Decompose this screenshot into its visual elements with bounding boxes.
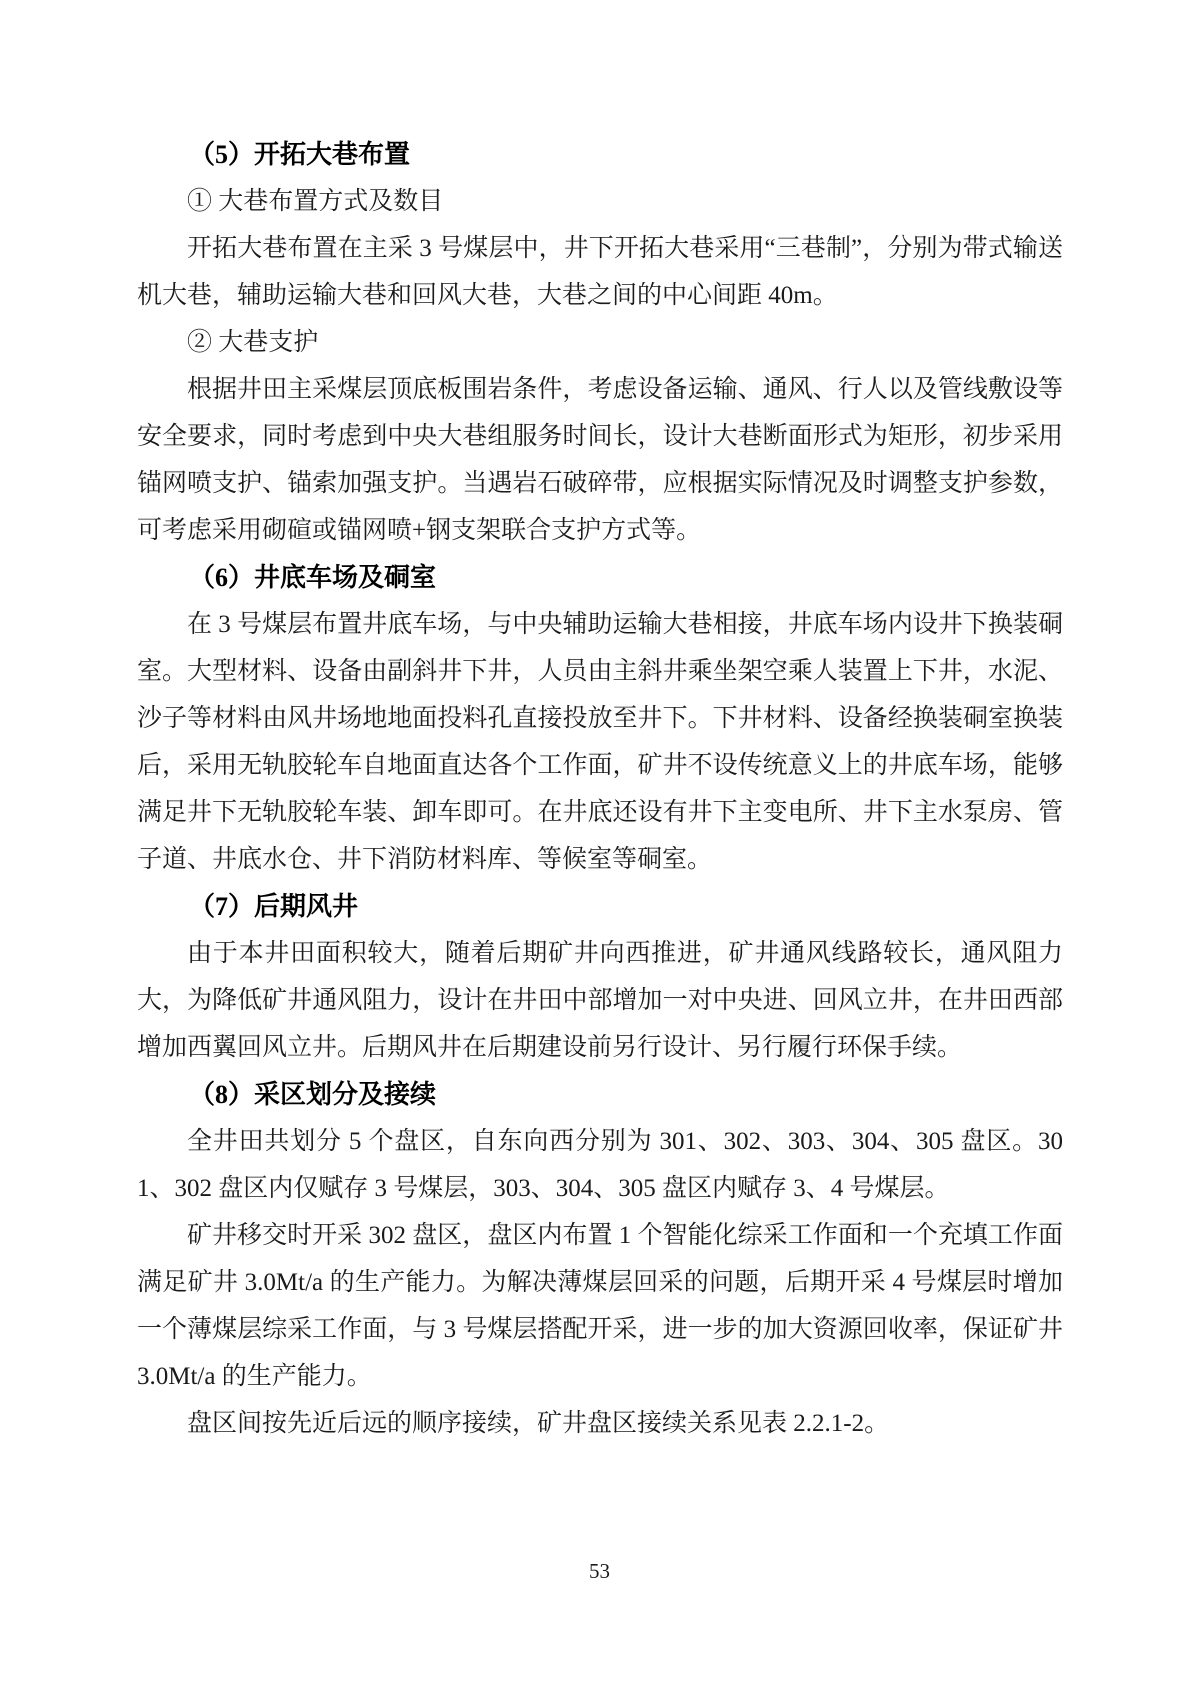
list-item-circle-2: ② 大巷支护	[137, 319, 1063, 366]
paragraph-pit-bottom: 在 3 号煤层布置井底车场，与中央辅助运输大巷相接，井底车场内设井下换装硐室。大…	[137, 601, 1063, 883]
paragraph-roadway-support: 根据井田主采煤层顶底板围岩条件，考虑设备运输、通风、行人以及管线敷设等安全要求，…	[137, 366, 1063, 554]
paragraph-late-airshaft: 由于本井田面积较大，随着后期矿井向西推进，矿井通风线路较长，通风阻力大，为降低矿…	[137, 930, 1063, 1071]
document-body: （5）开拓大巷布置 ① 大巷布置方式及数目 开拓大巷布置在主采 3 号煤层中，井…	[137, 131, 1063, 1447]
paragraph-roadway-layout: 开拓大巷布置在主采 3 号煤层中，井下开拓大巷采用“三巷制”，分别为带式输送机大…	[137, 225, 1063, 319]
section-heading-8: （8）采区划分及接续	[137, 1071, 1063, 1118]
section-heading-5: （5）开拓大巷布置	[137, 131, 1063, 178]
section-heading-7: （7）后期风井	[137, 883, 1063, 930]
page-number: 53	[0, 1556, 1199, 1586]
paragraph-panel-mining: 矿井移交时开采 302 盘区，盘区内布置 1 个智能化综采工作面和一个充填工作面…	[137, 1212, 1063, 1400]
document-page: （5）开拓大巷布置 ① 大巷布置方式及数目 开拓大巷布置在主采 3 号煤层中，井…	[0, 0, 1199, 1696]
paragraph-panel-division: 全井田共划分 5 个盘区，自东向西分别为 301、302、303、304、305…	[137, 1118, 1063, 1212]
paragraph-panel-sequence: 盘区间按先近后远的顺序接续，矿井盘区接续关系见表 2.2.1-2。	[137, 1400, 1063, 1447]
list-item-circle-1: ① 大巷布置方式及数目	[137, 178, 1063, 225]
section-heading-6: （6）井底车场及硐室	[137, 554, 1063, 601]
